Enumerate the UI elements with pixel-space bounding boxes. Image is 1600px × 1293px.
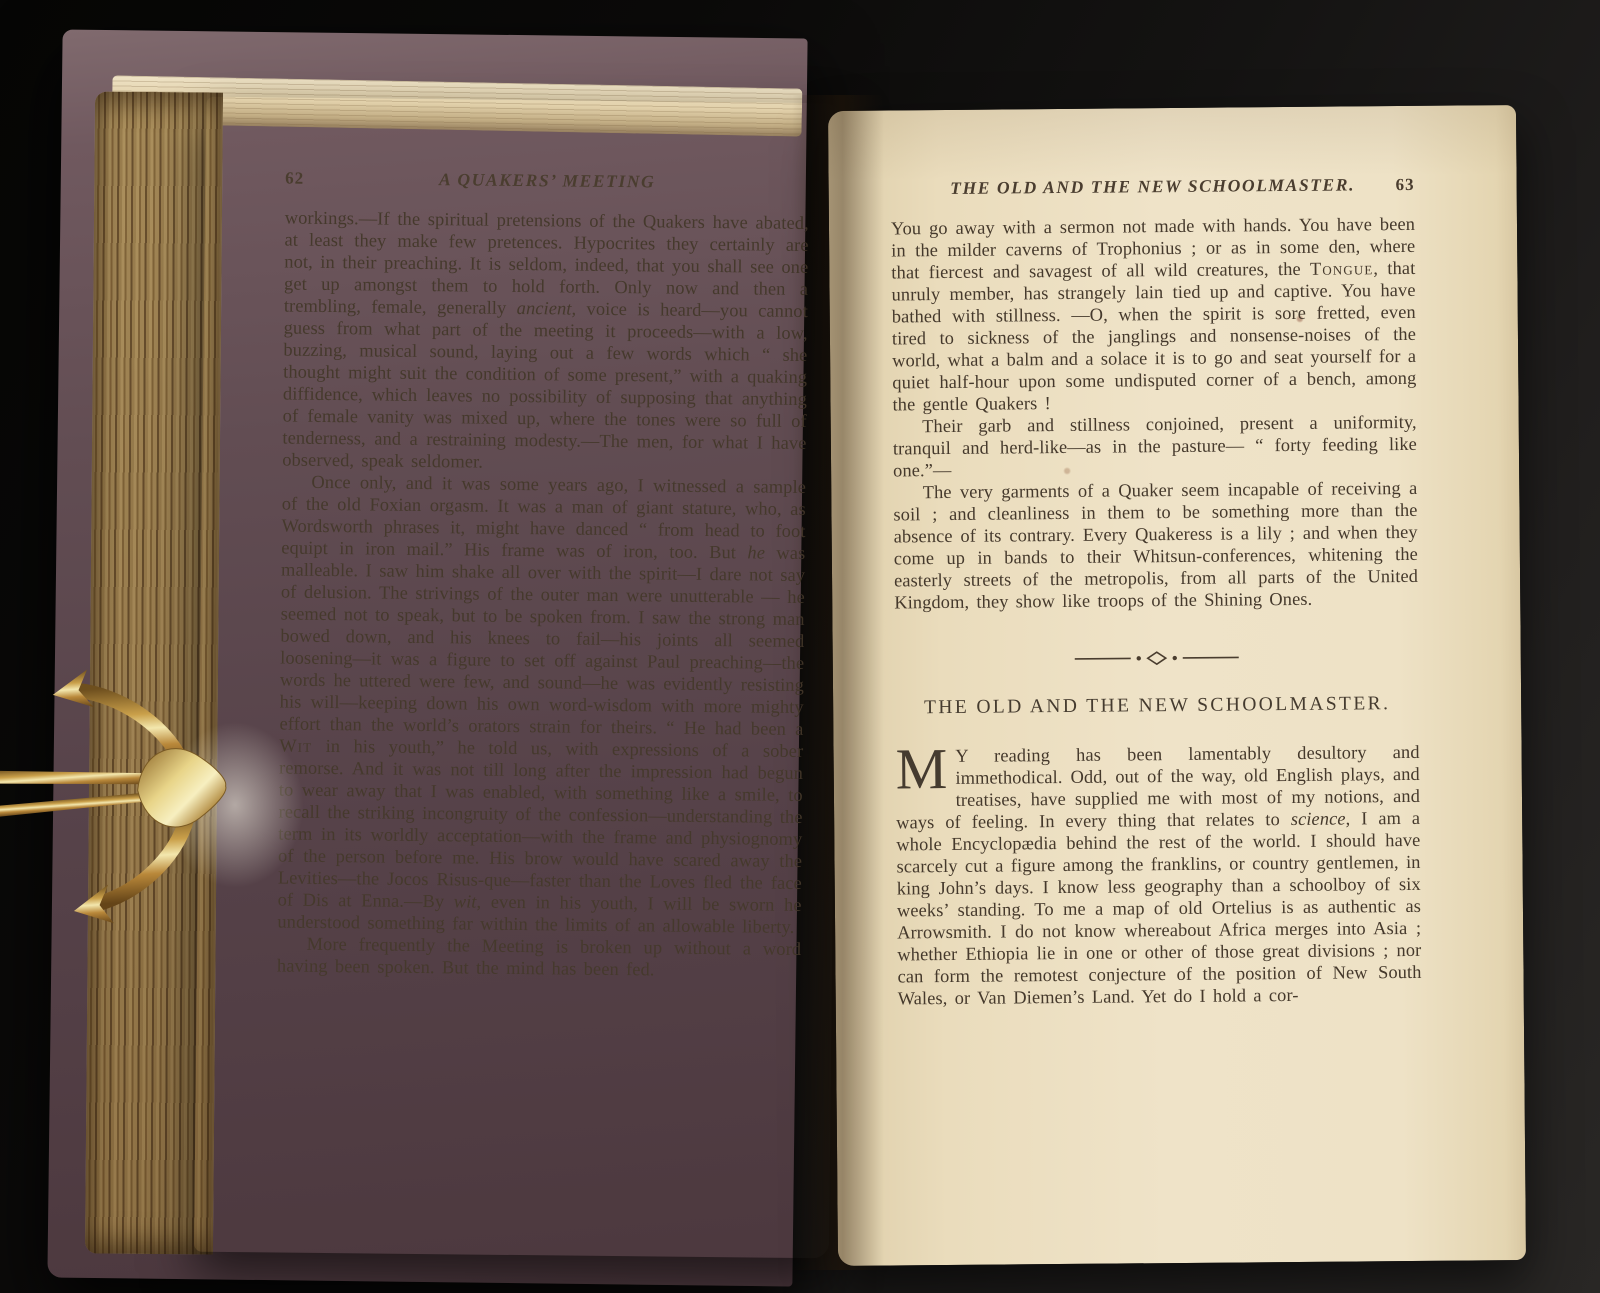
paragraph: You go away with a sermon not made with … (891, 213, 1417, 416)
opening-text: Y reading has been lamentably desultory … (896, 742, 1421, 1009)
section-title: THE OLD AND THE NEW SCHOOLMASTER. (895, 693, 1419, 720)
right-page: THE OLD AND THE NEW SCHOOLMASTER. 63 You… (828, 105, 1526, 1266)
anchor-page-clip-icon (0, 638, 245, 954)
left-page-paragraphs: workings.—If the spiritual pretensions o… (277, 207, 809, 982)
left-running-head: 62 A QUAKERS’ MEETING (285, 168, 809, 194)
right-running-title: THE OLD AND THE NEW SCHOOLMASTER. (947, 174, 1359, 199)
paragraph: workings.—If the spiritual pretensions o… (282, 207, 809, 476)
right-page-paragraphs: You go away with a sermon not made with … (891, 213, 1418, 614)
left-running-title: A QUAKERS’ MEETING (341, 168, 753, 193)
diamond-rule-divider-icon (1067, 650, 1247, 666)
left-page-text-block: 62 A QUAKERS’ MEETING workings.—If the s… (277, 168, 809, 982)
left-page-number: 62 (285, 169, 341, 190)
paragraph: The very garments of a Quaker seem incap… (893, 477, 1418, 614)
right-page-text-block: THE OLD AND THE NEW SCHOOLMASTER. 63 You… (891, 174, 1422, 1010)
paragraph: More frequently the Meeting is broken up… (277, 932, 801, 981)
paragraph: Once only, and it was some years ago, I … (277, 471, 806, 938)
right-page-number: 63 (1359, 175, 1415, 195)
opening-paragraph: M Y reading has been lamentably desultor… (896, 741, 1422, 1010)
drop-cap: M (896, 745, 956, 792)
left-head-spacer (753, 188, 809, 189)
paragraph: Their garb and stillness conjoined, pres… (893, 411, 1418, 482)
book-photo: 62 A QUAKERS’ MEETING workings.—If the s… (0, 0, 1600, 1293)
left-page: 62 A QUAKERS’ MEETING workings.—If the s… (194, 97, 841, 1259)
right-running-head: THE OLD AND THE NEW SCHOOLMASTER. 63 (891, 174, 1415, 200)
section-opening: M Y reading has been lamentably desultor… (896, 741, 1422, 1010)
